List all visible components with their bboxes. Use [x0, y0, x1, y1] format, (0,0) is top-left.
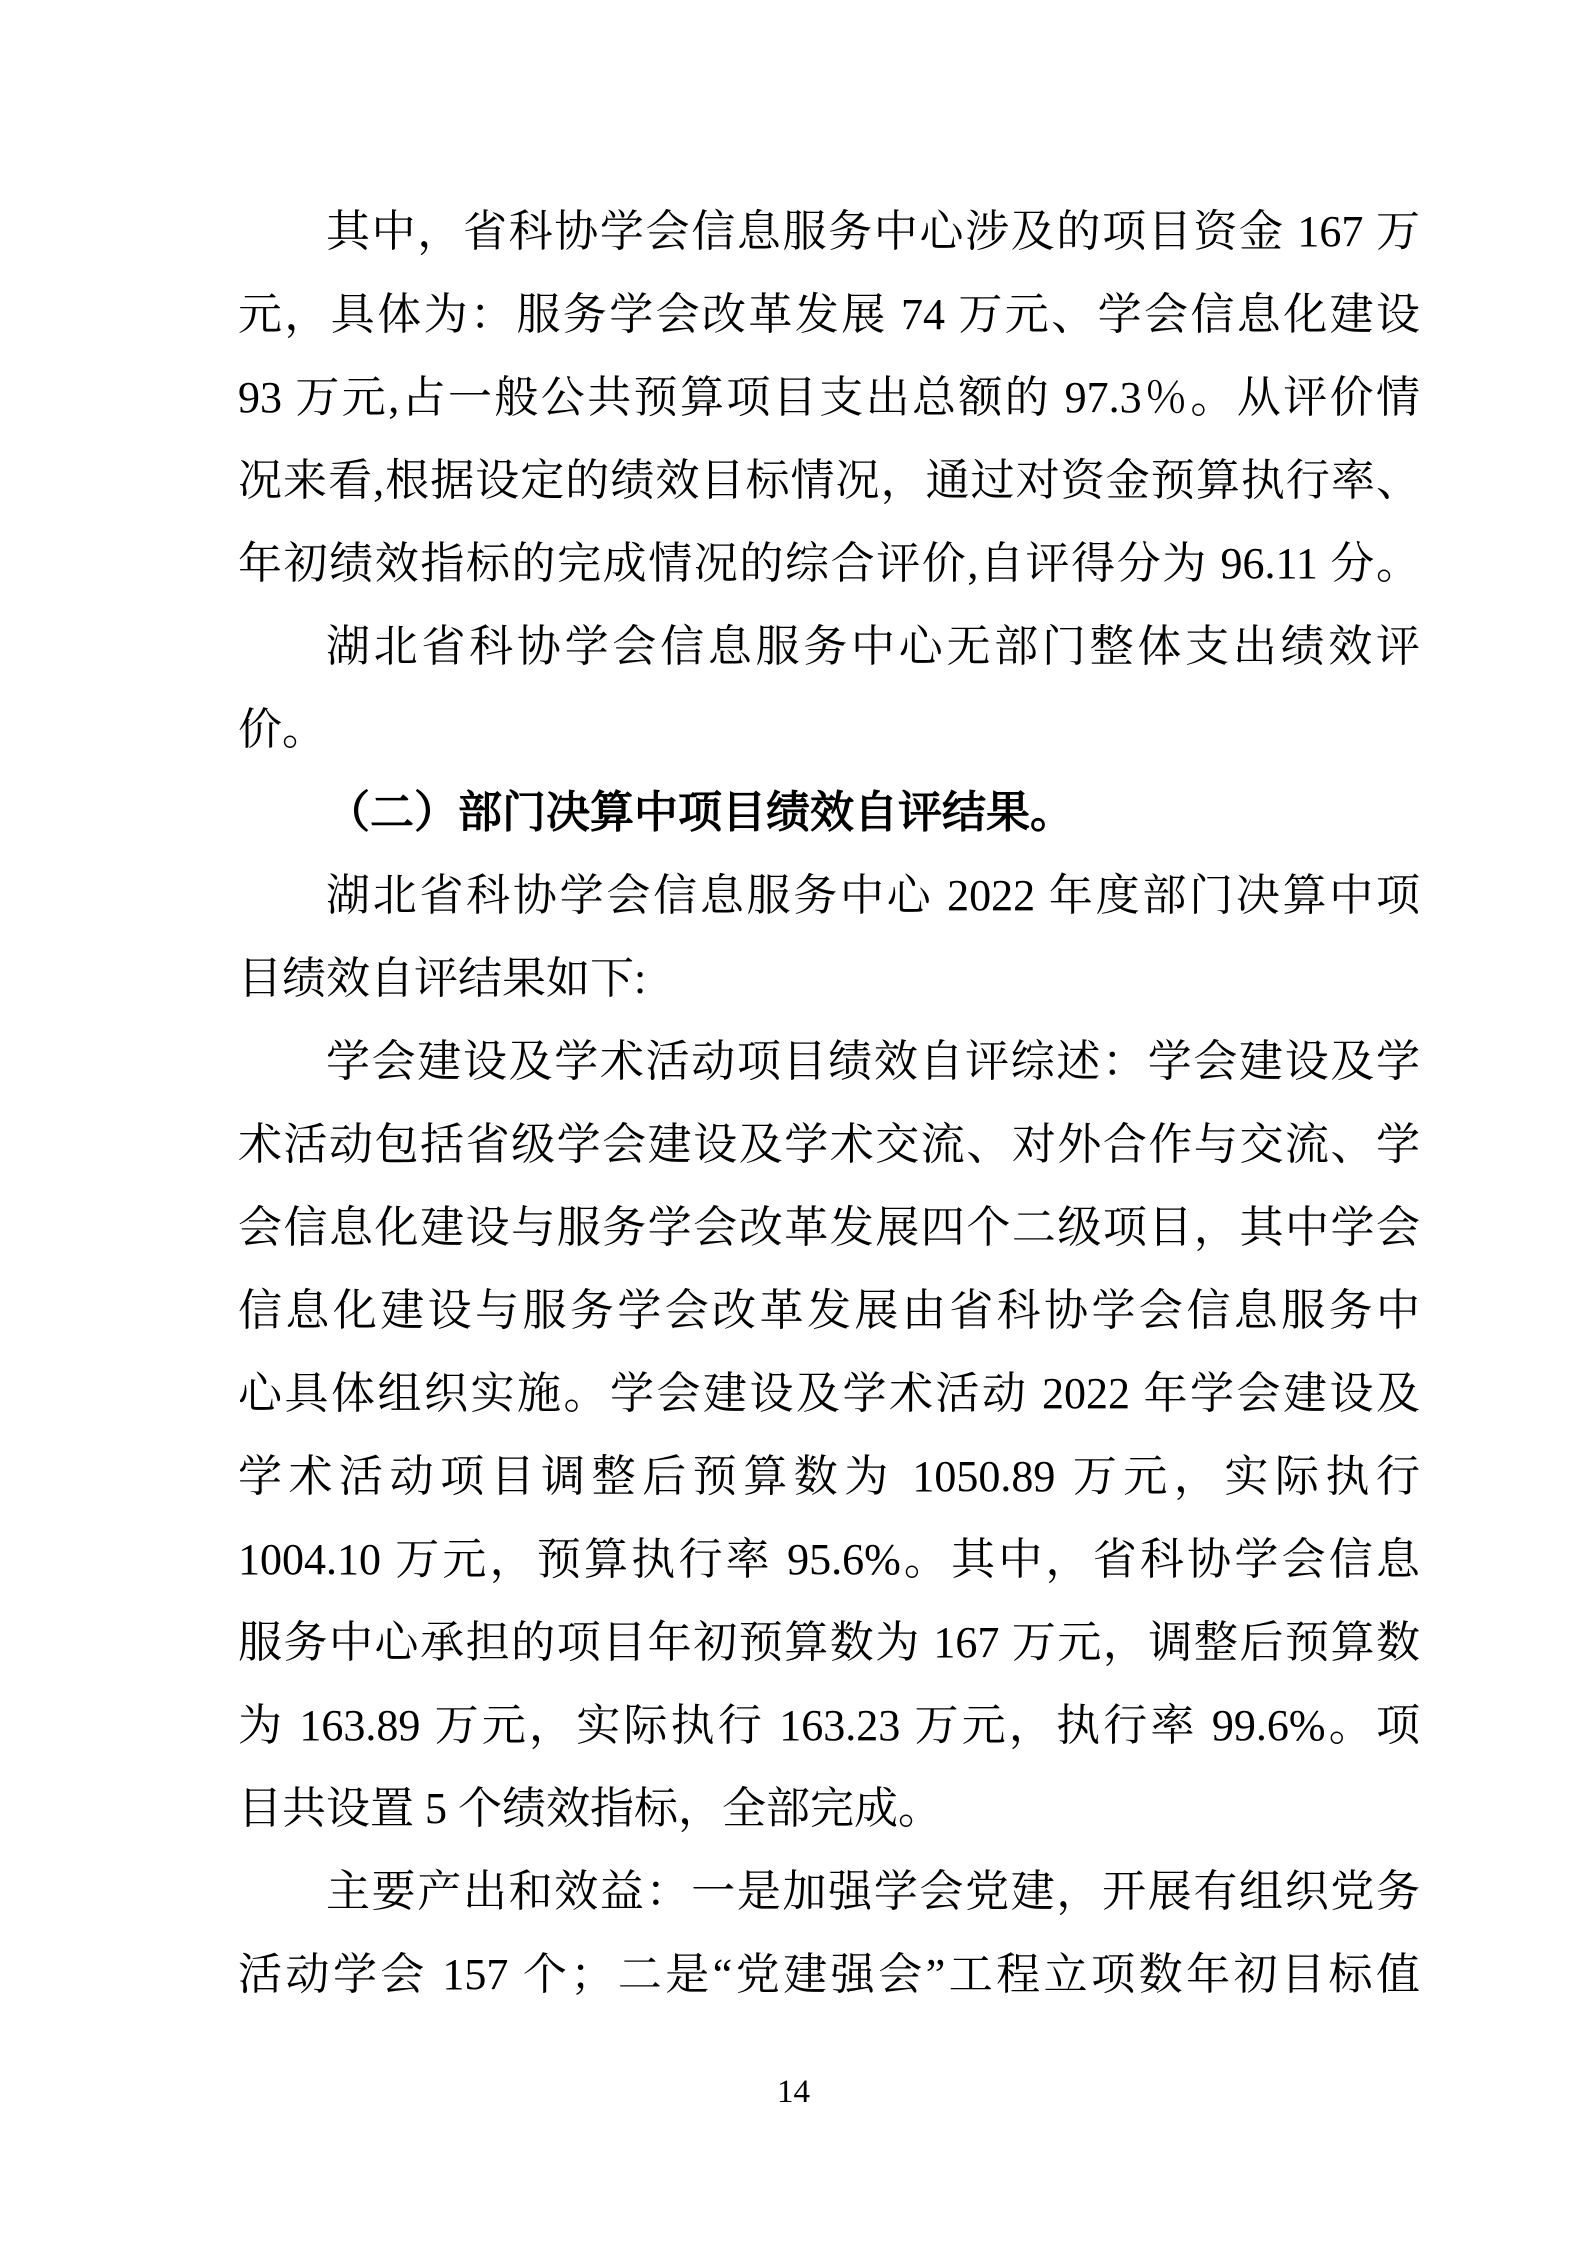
- text-line: 为 163.89 万元，实际执行 163.23 万元，执行率 99.6%。项: [238, 1684, 1420, 1767]
- section-heading: （二）部门决算中项目绩效自评结果。: [238, 771, 1420, 854]
- text-line: 服务中心承担的项目年初预算数为 167 万元，调整后预算数: [238, 1601, 1420, 1684]
- text-line: 目共设置 5 个绩效指标，全部完成。: [238, 1767, 1420, 1850]
- document-page: 其中，省科协学会信息服务中心涉及的项目资金 167 万 元，具体为：服务学会改革…: [0, 0, 1587, 2245]
- text-line: 会信息化建设与服务学会改革发展四个二级项目，其中学会: [238, 1186, 1420, 1269]
- text-line: 况来看,根据设定的绩效目标情况，通过对资金预算执行率、: [238, 439, 1420, 522]
- text-line: 主要产出和效益：一是加强学会党建，开展有组织党务: [238, 1850, 1420, 1933]
- text-line: 湖北省科协学会信息服务中心 2022 年度部门决算中项: [238, 854, 1420, 937]
- text-line: 年初绩效指标的完成情况的综合评价,自评得分为 96.11 分。: [238, 522, 1420, 605]
- text-line: 其中，省科协学会信息服务中心涉及的项目资金 167 万: [238, 190, 1420, 273]
- text-line: 术活动包括省级学会建设及学术交流、对外合作与交流、学: [238, 1103, 1420, 1186]
- document-body: 其中，省科协学会信息服务中心涉及的项目资金 167 万 元，具体为：服务学会改革…: [238, 190, 1420, 2016]
- text-line: 活动学会 157 个；二是“党建强会”工程立项数年初目标值: [238, 1933, 1420, 2016]
- text-line: 信息化建设与服务学会改革发展由省科协学会信息服务中: [238, 1269, 1420, 1352]
- text-line: 心具体组织实施。学会建设及学术活动 2022 年学会建设及: [238, 1352, 1420, 1435]
- text-line: 目绩效自评结果如下:: [238, 937, 1420, 1020]
- text-line: 元，具体为：服务学会改革发展 74 万元、学会信息化建设: [238, 273, 1420, 356]
- text-line: 学术活动项目调整后预算数为 1050.89 万元，实际执行: [238, 1435, 1420, 1518]
- text-line: 学会建设及学术活动项目绩效自评综述：学会建设及学: [238, 1020, 1420, 1103]
- page-number: 14: [0, 2072, 1587, 2113]
- text-line: 价。: [238, 688, 1420, 771]
- text-line: 93 万元,占一般公共预算项目支出总额的 97.3％。从评价情: [238, 356, 1420, 439]
- text-line: 1004.10 万元，预算执行率 95.6%。其中，省科协学会信息: [238, 1518, 1420, 1601]
- text-line: 湖北省科协学会信息服务中心无部门整体支出绩效评: [238, 605, 1420, 688]
